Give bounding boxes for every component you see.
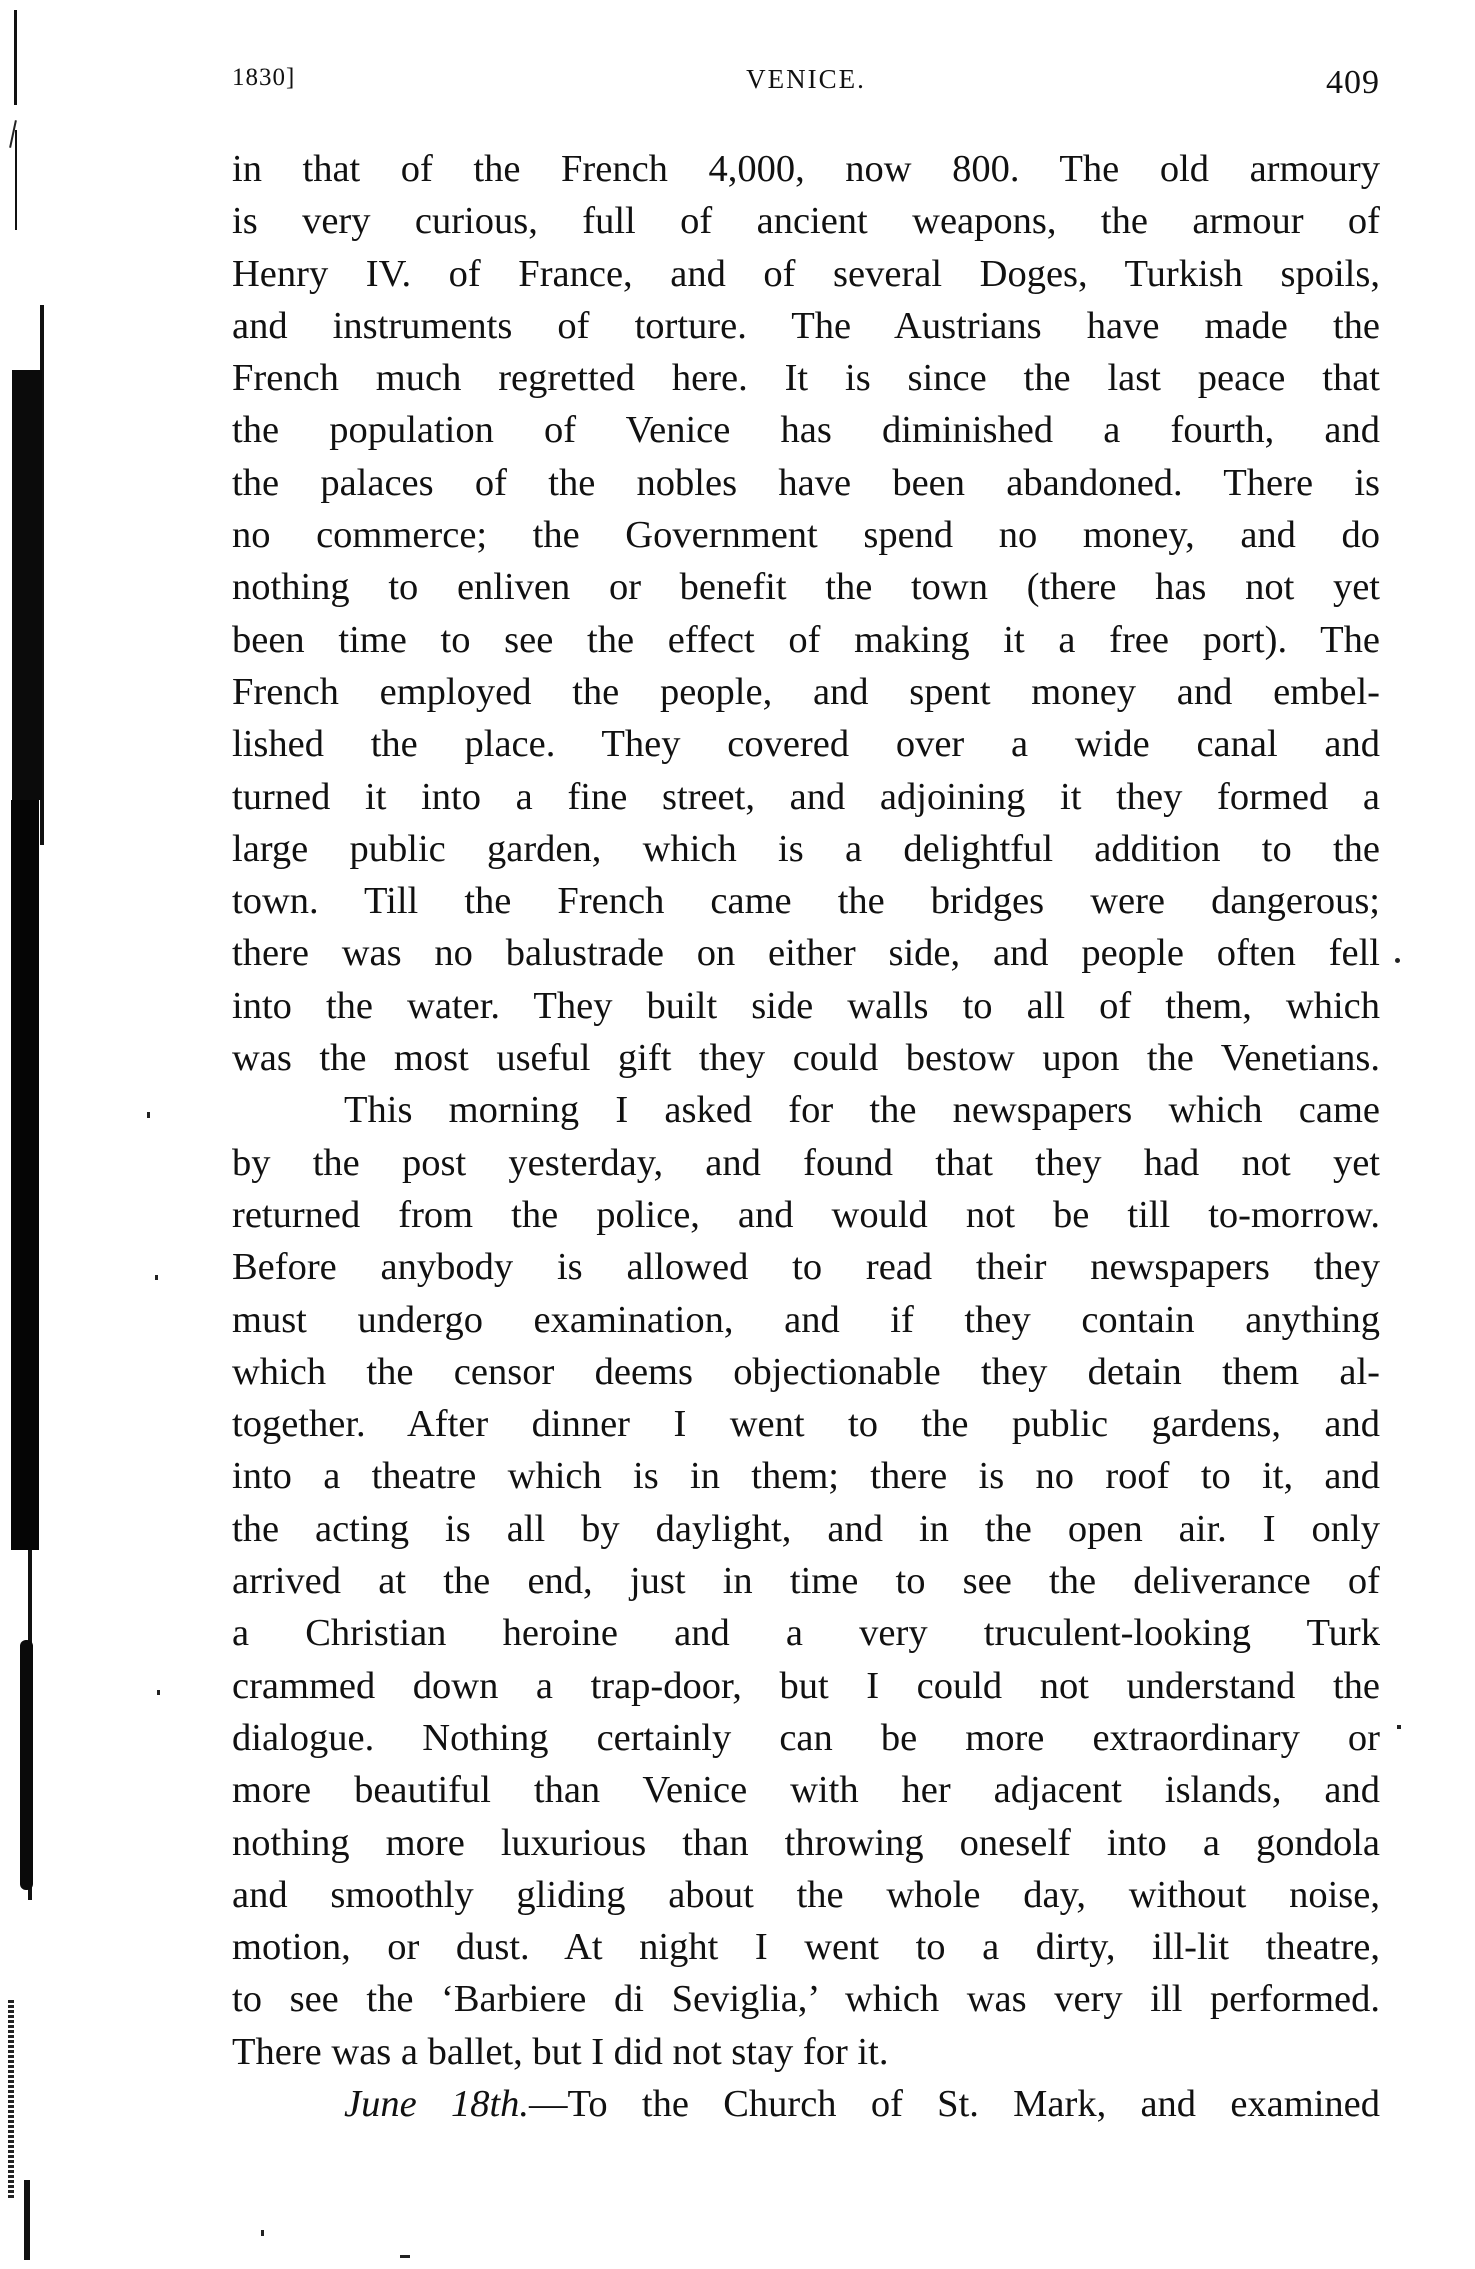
text-line: nothing more luxurious than throwing one… xyxy=(232,1817,1380,1869)
scan-speck xyxy=(1395,958,1400,963)
paragraph-1: in that of the French 4,000, now 800. Th… xyxy=(232,143,1380,1084)
text-line: together. After dinner I went to the pub… xyxy=(232,1398,1380,1450)
binding-shadow-band xyxy=(20,1640,33,1890)
text-line: returned from the police, and would not … xyxy=(232,1189,1380,1241)
text-line: crammed down a trap-door, but I could no… xyxy=(232,1660,1380,1712)
text-line: must undergo examination, and if they co… xyxy=(232,1294,1380,1346)
scan-speck xyxy=(400,2255,410,2258)
text-line: large public garden, which is a delightf… xyxy=(232,823,1380,875)
text-line: June 18th.—To the Church of St. Mark, an… xyxy=(232,2078,1380,2130)
text-line: Henry IV. of France, and of several Doge… xyxy=(232,248,1380,300)
text-line: There was a ballet, but I did not stay f… xyxy=(232,2026,1380,2078)
text-line: lished the place. They covered over a wi… xyxy=(232,718,1380,770)
binding-shadow-band xyxy=(24,2180,30,2260)
page-number: 409 xyxy=(1326,64,1380,102)
scan-speck xyxy=(157,1690,160,1695)
text-line: which the censor deems objectionable the… xyxy=(232,1346,1380,1398)
binding-shadow-band xyxy=(12,370,42,800)
binding-shadow-band xyxy=(11,800,39,1550)
text-line: into a theatre which is in them; there i… xyxy=(232,1450,1380,1502)
book-binding-shadow xyxy=(0,0,60,2269)
text-line: arrived at the end, just in time to see … xyxy=(232,1555,1380,1607)
text-line: in that of the French 4,000, now 800. Th… xyxy=(232,143,1380,195)
text-line: French employed the people, and spent mo… xyxy=(232,666,1380,718)
paragraph-3: June 18th.—To the Church of St. Mark, an… xyxy=(232,2078,1380,2130)
binding-edge-line xyxy=(15,130,17,230)
text-line: the palaces of the nobles have been aban… xyxy=(232,457,1380,509)
text-line: This morning I asked for the newspapers … xyxy=(232,1084,1380,1136)
text-line: the acting is all by daylight, and in th… xyxy=(232,1503,1380,1555)
binding-page-edges xyxy=(8,2000,14,2200)
text-line: turned it into a fine street, and adjoin… xyxy=(232,771,1380,823)
text-line: is very curious, full of ancient weapons… xyxy=(232,195,1380,247)
scan-speck xyxy=(261,2230,264,2236)
text-line: Before anybody is allowed to read their … xyxy=(232,1241,1380,1293)
text-line: to see the ‘Barbiere di Seviglia,’ which… xyxy=(232,1973,1380,2025)
running-head-title: VENICE. xyxy=(232,64,1380,95)
text-line: was the most useful gift they could best… xyxy=(232,1032,1380,1084)
diary-date-label: June 18th. xyxy=(344,2083,529,2125)
text-line: dialogue. Nothing certainly can be more … xyxy=(232,1712,1380,1764)
text-line: and smoothly gliding about the whole day… xyxy=(232,1869,1380,1921)
text-line: the population of Venice has diminished … xyxy=(232,404,1380,456)
text-line: a Christian heroine and a very truculent… xyxy=(232,1607,1380,1659)
text-line: nothing to enliven or benefit the town (… xyxy=(232,561,1380,613)
text-line: French much regretted here. It is since … xyxy=(232,352,1380,404)
text-line: town. Till the French came the bridges w… xyxy=(232,875,1380,927)
text-line: there was no balustrade on either side, … xyxy=(232,927,1380,979)
text-line: more beautiful than Venice with her adja… xyxy=(232,1764,1380,1816)
scan-speck xyxy=(1397,1725,1401,1729)
body-text: in that of the French 4,000, now 800. Th… xyxy=(232,143,1380,2130)
text-line: by the post yesterday, and found that th… xyxy=(232,1137,1380,1189)
text-line: into the water. They built side walls to… xyxy=(232,980,1380,1032)
scan-speck xyxy=(147,1112,150,1118)
text-line: and instruments of torture. The Austrian… xyxy=(232,300,1380,352)
running-head: 1830] VENICE. 409 xyxy=(232,64,1380,104)
paragraph-2: This morning I asked for the newspapers … xyxy=(232,1084,1380,2078)
text-line: been time to see the effect of making it… xyxy=(232,614,1380,666)
binding-edge-line xyxy=(14,10,17,105)
scan-speck xyxy=(155,1275,158,1280)
diary-entry-text: —To the Church of St. Mark, and examined xyxy=(529,2083,1380,2125)
text-line: no commerce; the Government spend no mon… xyxy=(232,509,1380,561)
text-line: motion, or dust. At night I went to a di… xyxy=(232,1921,1380,1973)
